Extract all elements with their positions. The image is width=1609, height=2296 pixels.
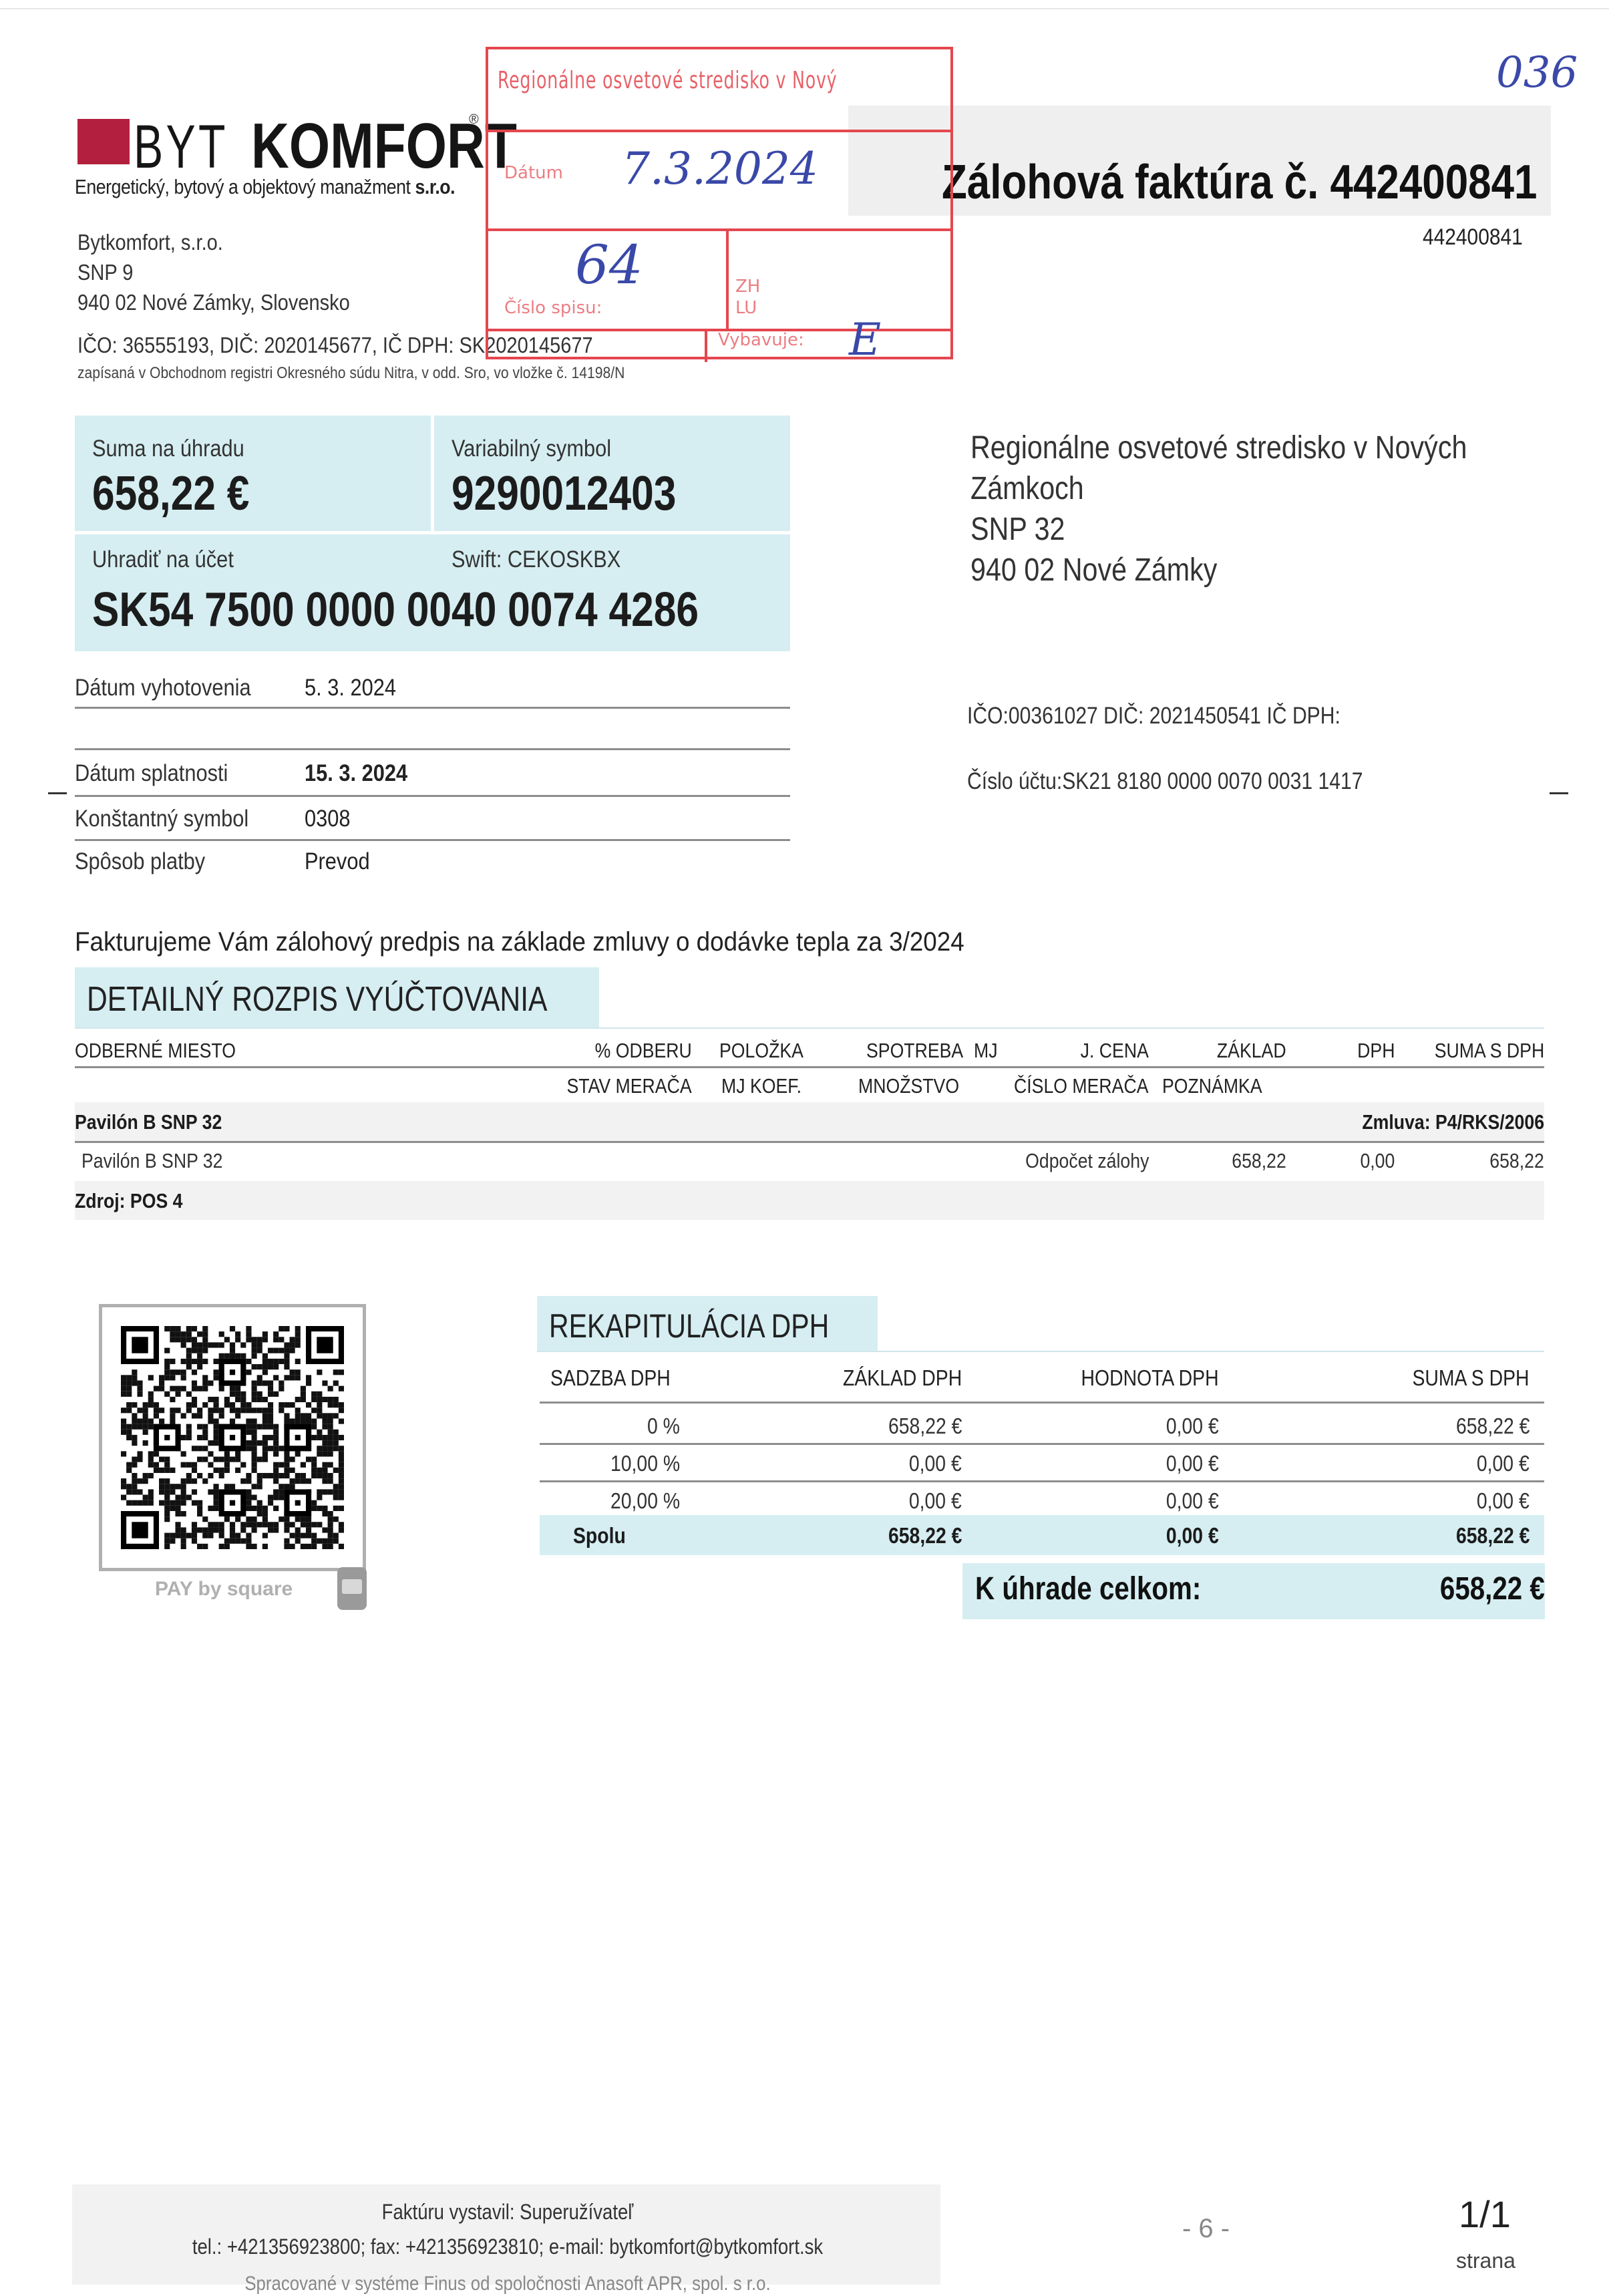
stamp-lu-label: LU (735, 298, 757, 318)
vat-total-base: 658,22 € (888, 1523, 962, 1548)
qr-code-image (121, 1326, 344, 1549)
recipient-city: 940 02 Nové Zámky (970, 550, 1467, 591)
supplier-street: SNP 9 (77, 257, 350, 287)
handwritten-corner-note: 036 (1496, 48, 1578, 98)
col-header-base: ZÁKLAD (1217, 1039, 1286, 1063)
qr-code (99, 1304, 366, 1571)
vat-cell: 10,00 % (610, 1451, 680, 1476)
source-row-band (75, 1181, 1544, 1220)
recipient-account: Číslo účtu:SK21 8180 0000 0070 0031 1417 (967, 768, 1363, 795)
contract-number: Zmluva: P4/RKS/2006 (1362, 1110, 1544, 1134)
vat-total-amount: 0,00 € (1166, 1523, 1219, 1548)
vat-cell: 0,00 € (1166, 1488, 1219, 1514)
vat-total-band (540, 1515, 1544, 1555)
divider (75, 795, 790, 797)
footer-software: Spracované v systéme Finus od spoločnost… (71, 2273, 944, 2295)
vat-header-total: SUMA S DPH (1413, 1365, 1530, 1391)
recipient-name-2: Zámkoch (970, 468, 1467, 509)
vat-cell: 658,22 € (888, 1414, 962, 1439)
intro-text: Fakturujeme Vám zálohový predpis na zákl… (75, 927, 964, 957)
col-header-unit: MJ (974, 1039, 998, 1063)
col-header-percent: % ODBERU (595, 1039, 692, 1063)
recipient-address: Regionálne osvetové stredisko v Nových Z… (970, 428, 1467, 591)
vat-cell: 0,00 € (1166, 1414, 1219, 1439)
logo-tagline: Energetický, bytový a objektový manažmen… (75, 175, 455, 199)
divider (75, 748, 790, 750)
row-vat: 0,00 (1360, 1149, 1395, 1173)
stamp-zh-label: ZH (735, 277, 760, 297)
info-row-constant-symbol: Konštantný symbol 0308 (75, 800, 790, 839)
vat-cell: 0 % (647, 1414, 680, 1439)
info-row-payment-method: Spôsob platby Prevod (75, 843, 790, 882)
divider (75, 1141, 1544, 1143)
info-row-issue-date: Dátum vyhotovenia 5. 3. 2024 (75, 669, 790, 708)
supplier-address: Bytkomfort, s.r.o. SNP 9 940 02 Nové Zám… (77, 227, 350, 317)
stamp-organization: Regionálne osvetové stredisko v Nový (498, 67, 837, 94)
top-rule (0, 8, 1609, 9)
divider (540, 1443, 1544, 1445)
divider (537, 1351, 1544, 1352)
col-header-meter-state: STAV MERAČA (567, 1074, 692, 1098)
info-row-due-date: Dátum splatnosti 15. 3. 2024 (75, 755, 790, 794)
source-label: Zdroj: POS 4 (75, 1189, 182, 1213)
vat-header-rate: SADZBA DPH (550, 1365, 671, 1391)
payment-box: Suma na úhradu 658,22 € Variabilný symbo… (75, 416, 790, 651)
footer-page-number: 1/1 (1459, 2192, 1511, 2236)
receipt-stamp: Regionálne osvetové stredisko v Nový Dát… (486, 47, 953, 359)
iban-value: SK54 7500 0000 0040 0074 4286 (92, 583, 699, 637)
stamp-handler-value: E (849, 314, 881, 365)
footer-page-label: strana (1456, 2249, 1515, 2273)
logo-text-byt: BYT (134, 112, 228, 182)
divider (540, 1402, 1544, 1404)
fold-mark-left (48, 792, 67, 794)
vat-total-sum: 658,22 € (1456, 1523, 1530, 1548)
vat-title: REKAPITULÁCIA DPH (549, 1307, 829, 1345)
footer-issued-by: Faktúru vystavil: Superužívateľ (71, 2200, 944, 2225)
vat-cell: 0,00 € (909, 1488, 962, 1514)
vat-header-amount: HODNOTA DPH (1081, 1365, 1219, 1391)
detail-title: DETAILNÝ ROZPIS VYÚČTOVANIA (87, 979, 547, 1019)
vat-cell: 0,00 € (1477, 1488, 1530, 1514)
footer-contact: tel.: +421356923800; fax: +421356923810;… (71, 2235, 944, 2259)
row-note: Odpočet zálohy (1025, 1149, 1149, 1173)
fold-mark-right (1550, 792, 1568, 794)
account-label: Uhradiť na účet (92, 546, 234, 573)
stamp-handler-label: Vybavuje: (718, 330, 804, 350)
row-place: Pavilón B SNP 32 (81, 1149, 222, 1173)
supplier-registry: zapísaná v Obchodnom registri Okresného … (77, 364, 624, 383)
divider (75, 1066, 1544, 1068)
col-header-place: ODBERNÉ MIESTO (75, 1039, 236, 1063)
supplier-name: Bytkomfort, s.r.o. (77, 227, 350, 257)
col-header-vat: DPH (1357, 1039, 1395, 1063)
vat-cell: 0,00 € (909, 1451, 962, 1476)
row-base: 658,22 (1232, 1149, 1286, 1173)
vat-header-base: ZÁKLAD DPH (843, 1365, 962, 1391)
divider (75, 1027, 1544, 1029)
stamp-date-value: 7.3.2024 (622, 143, 818, 194)
logo-mark (77, 119, 130, 164)
stamp-number-label: Číslo spisu: (504, 298, 602, 318)
col-header-unit-coef: MJ KOEF. (721, 1074, 801, 1098)
group-place: Pavilón B SNP 32 (75, 1110, 222, 1134)
col-header-note: POZNÁMKA (1162, 1074, 1262, 1098)
row-total: 658,22 (1489, 1149, 1544, 1173)
amount-value: 658,22 € (92, 466, 249, 521)
vat-cell: 0,00 € (1477, 1451, 1530, 1476)
document-title: Zálohová faktúra č. 442400841 (942, 155, 1537, 210)
variable-symbol-label: Variabilný symbol (452, 436, 611, 462)
vat-cell: 20,00 % (610, 1488, 680, 1514)
col-header-item: POLOŽKA (719, 1039, 803, 1063)
recipient-street: SNP 32 (970, 509, 1467, 550)
pay-by-square-label: PAY by square (155, 1578, 293, 1601)
variable-symbol-value: 9290012403 (452, 466, 676, 521)
grand-total-label: K úhrade celkom: (975, 1571, 1201, 1607)
registered-mark: ® (469, 112, 479, 128)
stamp-date-label: Dátum (504, 163, 563, 183)
divider (75, 707, 790, 709)
vat-cell: 658,22 € (1456, 1414, 1530, 1439)
divider (540, 1480, 1544, 1482)
col-header-meter-number: ČÍSLO MERAČA (1014, 1074, 1148, 1098)
recipient-ids: IČO:00361027 DIČ: 2021450541 IČ DPH: (967, 703, 1340, 729)
col-header-unit-price: J. CENA (1081, 1039, 1149, 1063)
footer-page-mark: - 6 - (1182, 2214, 1230, 2244)
divider (75, 839, 790, 841)
stamp-number-value: 64 (575, 234, 643, 296)
document-number: 442400841 (1423, 224, 1523, 251)
vat-cell: 0,00 € (1166, 1451, 1219, 1476)
vat-total-label: Spolu (573, 1523, 626, 1548)
card-icon (337, 1567, 367, 1610)
supplier-city: 940 02 Nové Zámky, Slovensko (77, 287, 350, 317)
amount-label: Suma na úhradu (92, 436, 244, 462)
grand-total-value: 658,22 € (1440, 1571, 1545, 1607)
swift-code: Swift: CEKOSKBX (452, 546, 620, 573)
col-header-total: SUMA S DPH (1435, 1039, 1544, 1063)
col-header-quantity: MNOŽSTVO (858, 1074, 959, 1098)
col-header-consumption: SPOTREBA (866, 1039, 963, 1063)
recipient-name-1: Regionálne osvetové stredisko v Nových (970, 428, 1467, 468)
group-row-band (75, 1102, 1544, 1141)
